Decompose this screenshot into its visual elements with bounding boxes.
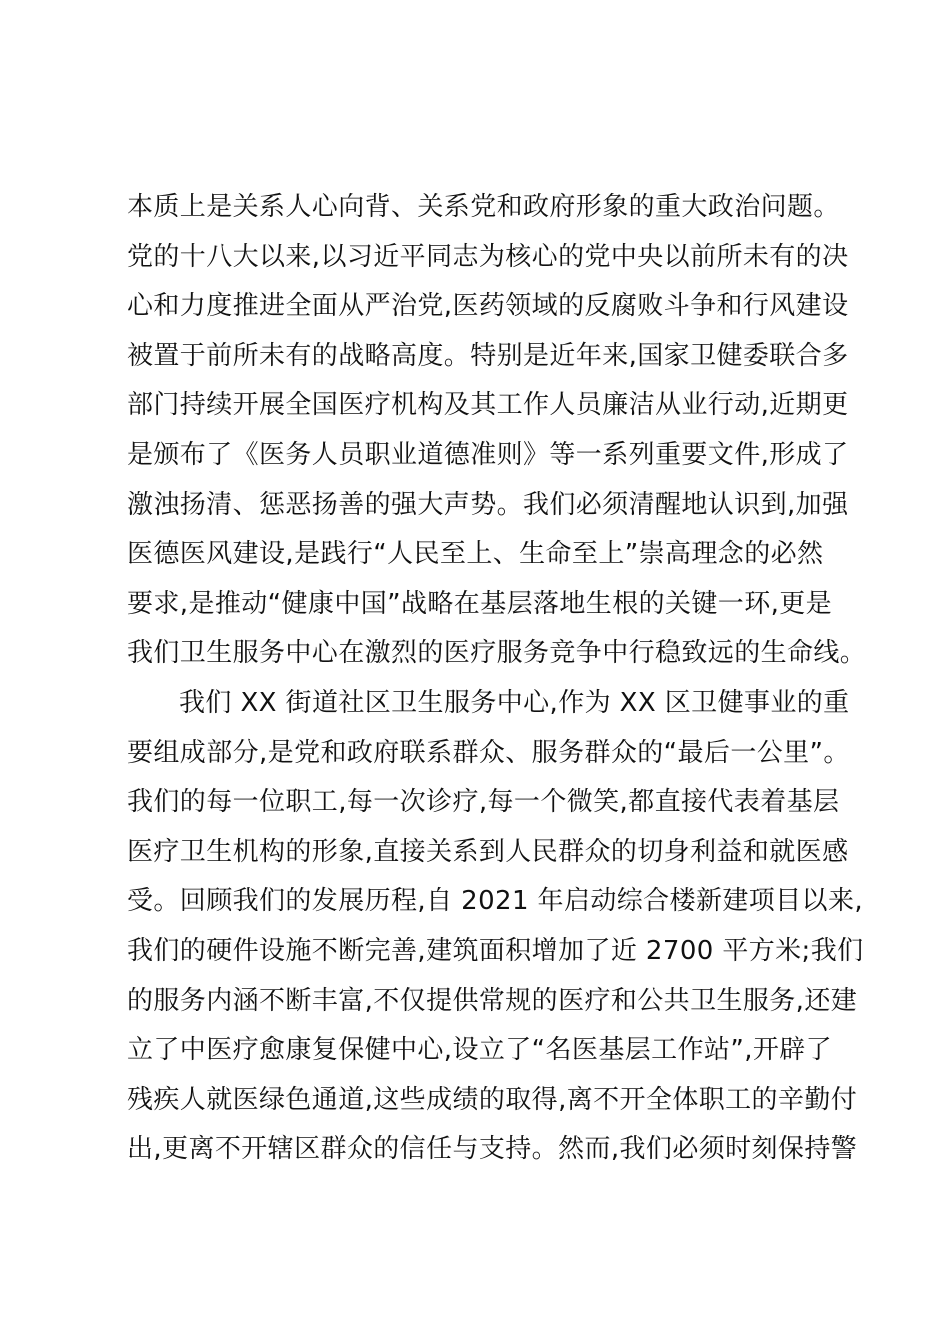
- text-line: 党的十八大以来,以习近平同志为核心的党中央以前所未有的决: [127, 233, 847, 283]
- text-line: 心和力度推进全面从严治党,医药领域的反腐败斗争和行风建设: [127, 282, 847, 332]
- text-line: 我们的每一位职工,每一次诊疗,每一个微笑,都直接代表着基层: [127, 778, 847, 828]
- document-page: 本质上是关系人心向背、关系党和政府形象的重大政治问题。 党的十八大以来,以习近平…: [127, 183, 847, 1175]
- text-line: 是颁布了《医务人员职业道德准则》等一系列重要文件,形成了: [127, 431, 847, 481]
- text-line: 要组成部分,是党和政府联系群众、服务群众的“最后一公里”。: [127, 729, 847, 779]
- text-line: 受。回顾我们的发展历程,自 2021 年启动综合楼新建项目以来,: [127, 877, 847, 927]
- paragraph-1: 本质上是关系人心向背、关系党和政府形象的重大政治问题。 党的十八大以来,以习近平…: [127, 183, 847, 679]
- text-line: 出,更离不开辖区群众的信任与支持。然而,我们必须时刻保持警: [127, 1125, 847, 1175]
- text-line: 医疗卫生机构的形象,直接关系到人民群众的切身利益和就医感: [127, 828, 847, 878]
- text-line: 本质上是关系人心向背、关系党和政府形象的重大政治问题。: [127, 183, 847, 233]
- text-line: 被置于前所未有的战略高度。特别是近年来,国家卫健委联合多: [127, 332, 847, 382]
- text-line: 的服务内涵不断丰富,不仅提供常规的医疗和公共卫生服务,还建: [127, 977, 847, 1027]
- text-line: 激浊扬清、惩恶扬善的强大声势。我们必须清醒地认识到,加强: [127, 481, 847, 531]
- text-line-indented: 我们 XX 街道社区卫生服务中心,作为 XX 区卫健事业的重: [127, 679, 847, 729]
- text-line: 要求,是推动“健康中国”战略在基层落地生根的关键一环,更是: [127, 580, 847, 630]
- text-line: 医德医风建设,是践行“人民至上、生命至上”崇高理念的必然: [127, 530, 847, 580]
- text-line: 我们卫生服务中心在激烈的医疗服务竞争中行稳致远的生命线。: [127, 629, 847, 679]
- text-line: 部门持续开展全国医疗机构及其工作人员廉洁从业行动,近期更: [127, 381, 847, 431]
- text-line: 立了中医疗愈康复保健中心,设立了“名医基层工作站”,开辟了: [127, 1026, 847, 1076]
- text-line: 我们的硬件设施不断完善,建筑面积增加了近 2700 平方米;我们: [127, 927, 847, 977]
- text-line: 残疾人就医绿色通道,这些成绩的取得,离不开全体职工的辛勤付: [127, 1076, 847, 1126]
- paragraph-2: 我们 XX 街道社区卫生服务中心,作为 XX 区卫健事业的重 要组成部分,是党和…: [127, 679, 847, 1175]
